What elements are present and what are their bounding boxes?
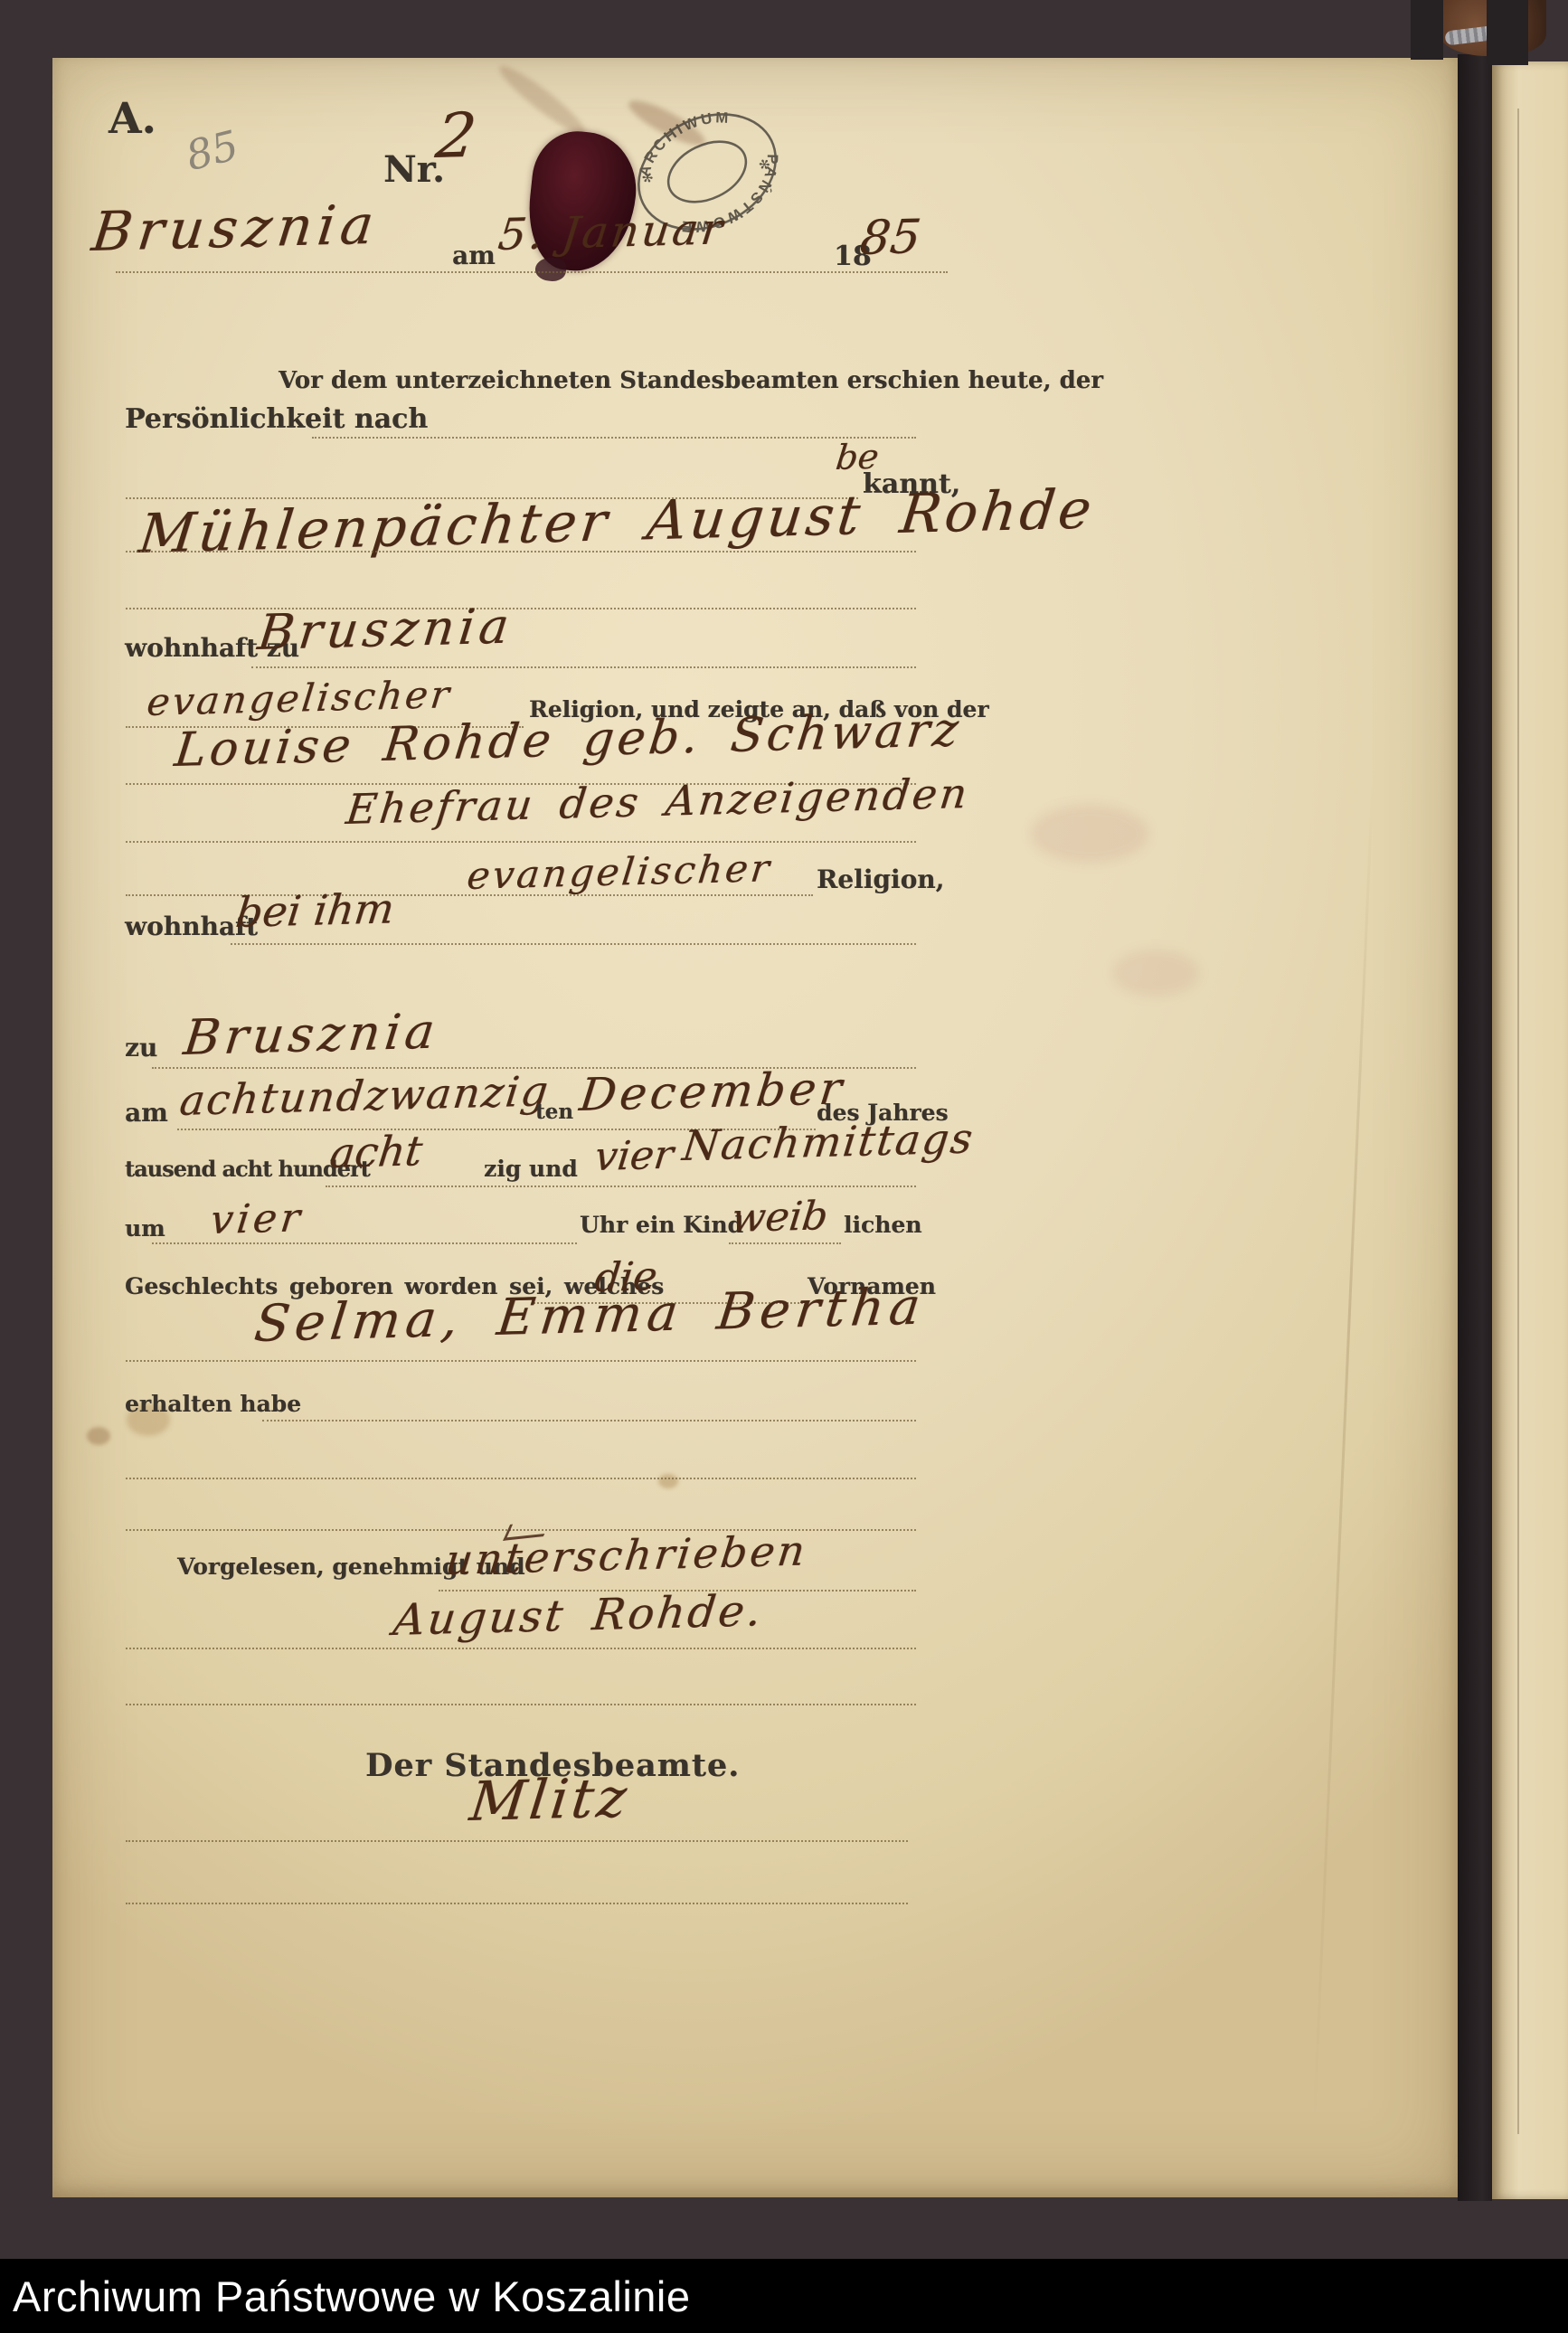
religion1-handwritten: evangelischer	[145, 672, 454, 724]
dotted-rule	[126, 841, 916, 843]
ink-bleedthrough	[1031, 805, 1148, 863]
document-scan: ARCHIWUM PAŃSTWOWE ✻ ✻ A. 85 Nr. 2 Brusz…	[0, 0, 1568, 2333]
am-label: am	[125, 1098, 168, 1128]
dotted-rule	[126, 551, 916, 553]
dotted-rule	[251, 666, 916, 668]
dotted-rule	[262, 1420, 916, 1422]
dotted-rule	[116, 271, 948, 273]
dotted-rule	[231, 943, 916, 945]
record-number-value: 2	[432, 100, 479, 173]
form-letter-a: A.	[109, 94, 156, 144]
birth-place: Brusznia	[181, 1003, 442, 1066]
paper-stain	[658, 1474, 678, 1488]
erhalten-habe-label: erhalten habe	[125, 1391, 301, 1417]
dotted-rule	[312, 437, 916, 439]
dotted-rule	[126, 1704, 916, 1705]
religion2-handwritten: evangelischer	[465, 845, 774, 898]
bei-ihm-handwritten: bei ihm	[233, 883, 397, 937]
dotted-rule	[729, 1242, 841, 1244]
persoenlichkeit-label: Persönlichkeit nach	[125, 403, 428, 435]
dateline-place: Brusznia	[89, 194, 382, 264]
archive-watermark-text: Archiwum Państwowe w Koszalinie	[0, 2272, 691, 2321]
religion2-printed: Religion,	[817, 864, 944, 894]
dotted-rule	[126, 1840, 908, 1842]
uhr-ein-kind-label: Uhr ein Kind	[580, 1212, 743, 1238]
binding-shadow-right	[1487, 0, 1528, 65]
dotted-rule	[126, 1478, 916, 1479]
birth-day-handwritten: achtundzwanzig	[177, 1066, 553, 1125]
registrar-signature: Mlitz	[467, 1766, 633, 1834]
binding-shadow-left	[1411, 0, 1443, 60]
declarant-place: Brusznia	[255, 598, 516, 661]
next-page-edge	[1492, 61, 1568, 2199]
year-ones-handwritten: vier	[592, 1132, 675, 1180]
dotted-rule	[326, 1185, 916, 1187]
gender-handwritten: weib	[729, 1193, 830, 1242]
um-label: um	[125, 1215, 165, 1242]
dateline-year: 85	[857, 210, 923, 266]
dotted-rule	[126, 894, 813, 896]
lichen-label: lichen	[844, 1212, 921, 1238]
ten-label: ten	[535, 1100, 573, 1124]
archive-watermark-bar: Archiwum Państwowe w Koszalinie	[0, 2259, 1568, 2333]
dotted-rule	[126, 1648, 916, 1649]
stamp-star-icon: ✻	[639, 169, 656, 188]
dotted-rule	[126, 1360, 916, 1362]
paper-stain	[87, 1427, 110, 1445]
unterschrieben-handwritten: unterschrieben	[443, 1526, 810, 1584]
dotted-rule	[152, 1242, 577, 1244]
page-gutter	[1458, 54, 1492, 2201]
intro-line: Vor dem unterzeichneten Standesbeamten e…	[279, 367, 1103, 394]
ink-bleedthrough	[1112, 949, 1199, 996]
hour-handwritten: vier	[208, 1195, 306, 1243]
page-crease	[1517, 109, 1519, 2134]
dotted-rule	[126, 608, 916, 609]
daytime-handwritten: Nachmittags	[680, 1114, 977, 1170]
declarant-signature: August Rohde.	[391, 1585, 767, 1646]
dateline-am: am	[452, 241, 496, 270]
dateline-date: 5. Januar	[496, 203, 728, 260]
decade-handwritten: acht	[327, 1126, 425, 1177]
dotted-rule	[126, 1903, 908, 1904]
zu-label: zu	[125, 1033, 157, 1063]
zig-und-label: zig und	[484, 1156, 578, 1182]
birth-month-handwritten: December	[577, 1062, 848, 1121]
